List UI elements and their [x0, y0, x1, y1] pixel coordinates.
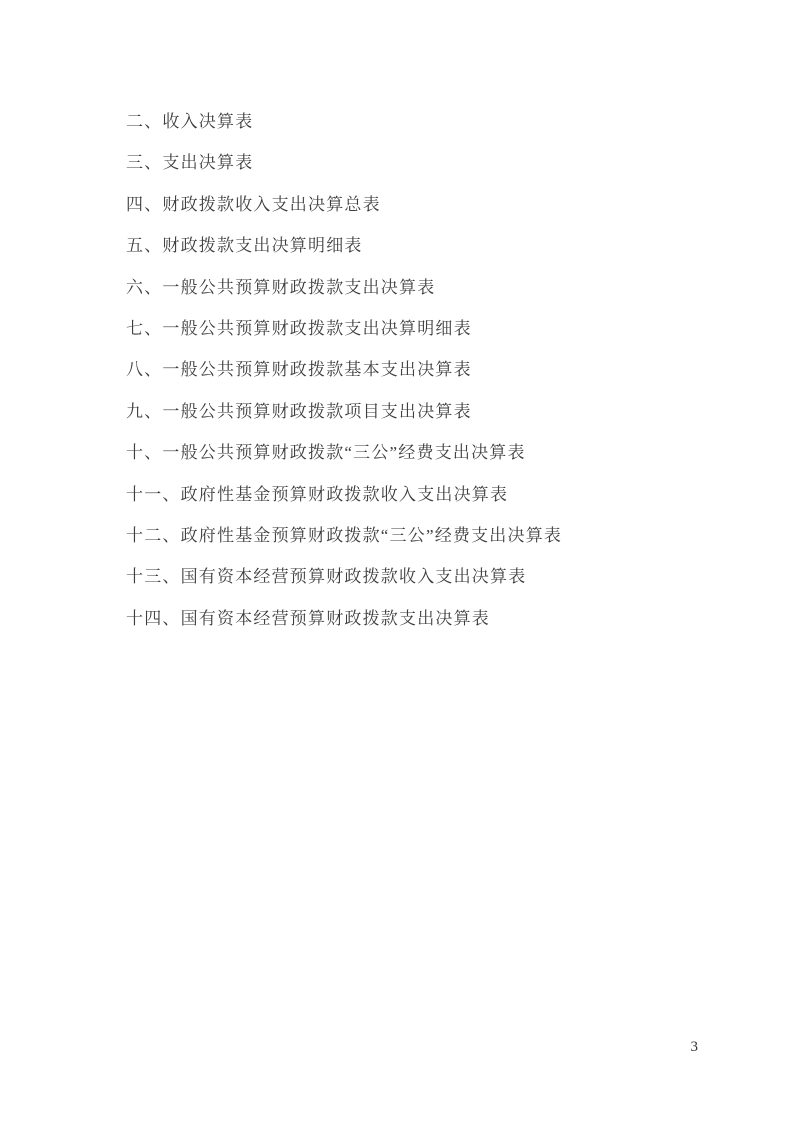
toc-item: 十三、国有资本经营预算财政拨款收入支出决算表 — [126, 556, 754, 597]
toc-item: 二、收入决算表 — [126, 101, 754, 142]
toc-item: 十二、政府性基金预算财政拨款“三公”经费支出决算表 — [126, 515, 754, 556]
document-page: 二、收入决算表 三、支出决算表 四、财政拨款收入支出决算总表 五、财政拨款支出决… — [0, 0, 794, 1122]
toc-list: 二、收入决算表 三、支出决算表 四、财政拨款收入支出决算总表 五、财政拨款支出决… — [126, 101, 754, 639]
toc-item: 八、一般公共预算财政拨款基本支出决算表 — [126, 349, 754, 390]
toc-item: 十、一般公共预算财政拨款“三公”经费支出决算表 — [126, 432, 754, 473]
toc-item: 九、一般公共预算财政拨款项目支出决算表 — [126, 391, 754, 432]
toc-item: 三、支出决算表 — [126, 142, 754, 183]
toc-item: 七、一般公共预算财政拨款支出决算明细表 — [126, 308, 754, 349]
toc-item: 十四、国有资本经营预算财政拨款支出决算表 — [126, 598, 754, 639]
toc-item: 五、财政拨款支出决算明细表 — [126, 225, 754, 266]
page-footer: 3 — [0, 1038, 698, 1056]
page-number: 3 — [691, 1039, 699, 1055]
toc-item: 十一、政府性基金预算财政拨款收入支出决算表 — [126, 474, 754, 515]
toc-item: 四、财政拨款收入支出决算总表 — [126, 184, 754, 225]
toc-item: 六、一般公共预算财政拨款支出决算表 — [126, 267, 754, 308]
